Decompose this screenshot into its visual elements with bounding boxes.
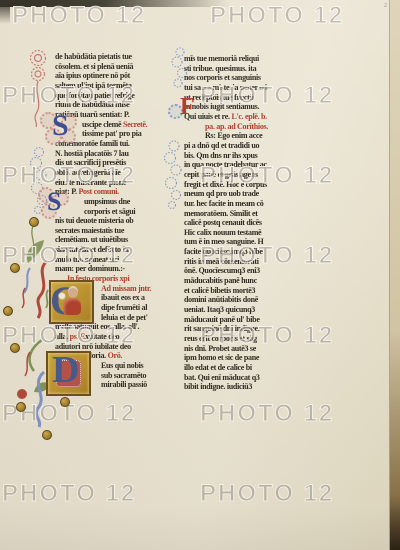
body-text: rium de habūdātia mise — [55, 100, 130, 109]
body-text: ueniat. Itaq3 quicunq3 — [184, 305, 255, 314]
manuscript-text-line: fregit et dixē. Hoc ē corpus — [184, 180, 298, 190]
body-text: in qua nocte tradebatur ac — [184, 160, 267, 169]
gold-dot — [16, 402, 26, 412]
manuscript-text-line: illo edat et de calice bi — [184, 363, 298, 373]
manuscript-text-line: ōnē. Quocīescumq3 eni3 — [184, 266, 298, 276]
initial-letter: D — [52, 348, 79, 392]
body-text: māducauit panē ul' bibe — [184, 315, 260, 324]
body-text: et calicē bibetis mortē3 — [184, 286, 255, 295]
manuscript-text-line: Rs: Ego enim acce — [184, 131, 298, 141]
manuscript-text-line: bis. Qm dns nr ihs xpus — [184, 151, 298, 161]
manuscript-text-line: bat. Qui enī māducat q3 — [184, 373, 298, 383]
body-text: mulo tuo opineat uci — [55, 255, 119, 264]
manuscript-text-line: cepit panē et grās agens — [184, 170, 298, 180]
manuscript-text-line: mulo tuo opineat uci — [55, 255, 169, 265]
body-text: nis dnī. Probet autē3 se — [184, 344, 256, 353]
photo12-watermark: PHOTO 12 — [200, 480, 334, 508]
body-text: sub sacramēto — [101, 371, 146, 380]
body-text: fregit et dixē. Hoc ē corpus — [184, 180, 267, 189]
manuscript-text-line: eius te miserante pione — [55, 178, 169, 188]
manuscript-text-line: que forsitan patiet refrige — [55, 91, 169, 101]
text-column-left: de habūdātia pietatis tuecōsolem. et si … — [55, 52, 169, 390]
rubric-text: Ad missam jntr. — [101, 284, 151, 293]
manuscript-text-line: umpsimus dne — [55, 197, 169, 207]
decorated-initial-d: D — [46, 351, 91, 396]
manuscript-text-line: et calicē bibetis mortē3 — [184, 286, 298, 296]
manuscript-text-line: N. hostiā placatōis 7 lau — [55, 149, 169, 159]
manuscript-text-line: ut redēptōis tue fructū — [184, 93, 298, 103]
manuscript-text-line: cōsolem. et si plenā ueniā — [55, 62, 169, 72]
body-text: aīa ipius optinere nō pōt — [55, 71, 130, 80]
body-text: saltem ul'int ipā tormēta — [55, 81, 132, 90]
body-text: corporis et sāgui — [84, 207, 135, 216]
page-top-left-corner — [0, 0, 10, 24]
body-text: bibit indigne. iudiciū3 — [184, 382, 252, 391]
manuscript-text-line: māducabitis panē hunc — [184, 276, 298, 286]
manuscript-text-line: nis tui deuote misteria ob — [55, 216, 169, 226]
rubric-text: Post comuni. — [78, 187, 118, 196]
manuscript-text-line: de habūdātia pietatis tue — [55, 52, 169, 62]
manuscript-text-line: sine tutella et defūcto fa — [55, 245, 169, 255]
body-text: rit sanguinē dnī indigne. — [184, 324, 260, 333]
body-text: uscipe clemē — [82, 120, 123, 129]
folio-mark: 2 — [384, 3, 388, 9]
body-text: leluia et de pet' — [101, 313, 148, 322]
body-text: tur. hec facite in meam cō — [184, 199, 263, 208]
manuscript-text-line: secrates maiestatis tue — [55, 226, 169, 236]
manuscript-text-line: tum ē in meo sanguine. H — [184, 237, 298, 247]
gold-dot — [42, 430, 52, 440]
decorated-initial-s2: S — [41, 187, 68, 219]
body-text: tum ē in meo sanguine. H — [184, 237, 263, 246]
historiated-initial-c: C — [49, 280, 94, 324]
manuscript-text-line: ritis in meā cōmemorati — [184, 257, 298, 267]
manuscript-text-line: māducauit panē ul' bibe — [184, 315, 298, 325]
manuscript-text-line: clemētiam. ut uiuētibus — [55, 235, 169, 245]
body-text: nos corporis et sanguinis — [184, 73, 261, 82]
manuscript-text-line: rit sanguinē dnī indigne. — [184, 324, 298, 334]
manuscript-text-line: mam: per dominum.:- — [55, 264, 169, 274]
body-text: cōsolem. et si plenā ueniā — [55, 62, 133, 71]
body-text: mirabili passiō — [101, 380, 147, 389]
gold-dot — [60, 397, 70, 407]
body-text: umpsimus dne — [84, 197, 130, 206]
manuscript-text-line: meum qd pro uob trade — [184, 189, 298, 199]
body-text: de habūdātia pietatis tue — [55, 52, 132, 61]
body-text: Eus qui nobis — [101, 361, 143, 370]
photo12-watermark: PHOTO 12 — [210, 2, 344, 30]
body-text: reus erit corporis et sāg — [184, 334, 257, 343]
body-text: bat. Qui enī māducat q3 — [184, 373, 260, 382]
manuscript-text-line: domini anūtiabitis donē — [184, 295, 298, 305]
rubric-text: L'c. eplē. b. — [231, 112, 266, 121]
gold-dot — [10, 343, 20, 353]
manuscript-text-line: pa. ap. ad Corīthios. — [184, 122, 298, 132]
manuscript-text-line: Qui uiuis et re. L'c. eplē. b. — [184, 112, 298, 122]
body-text: Rs: Ego enim acce — [205, 131, 262, 140]
body-text: facite quocīescumq3 bibe — [184, 247, 263, 256]
manuscript-text-line: rium de habūdātia mise — [55, 100, 169, 110]
body-text: pi a dnō qd et tradidi uo — [184, 141, 259, 150]
body-text: alla. — [55, 332, 70, 341]
body-text: domini anūtiabitis donē — [184, 295, 258, 304]
manuscript-text-line: reus erit corporis et sāg — [184, 334, 298, 344]
manuscript-text-line: memoratōem. Similit et — [184, 209, 298, 219]
gold-dot — [29, 217, 39, 227]
body-text: māducabitis panē hunc — [184, 276, 257, 285]
rubric-text: pa. ap. ad Corīthios. — [205, 122, 268, 131]
manuscript-text-line: ueniat. Itaq3 quicunq3 — [184, 305, 298, 315]
manuscript-text-line: ipm homo et sic de pane — [184, 353, 298, 363]
manuscript-text-line: pi a dnō qd et tradidi uo — [184, 141, 298, 151]
body-text: tui sacra misteria uenerari. — [184, 83, 268, 92]
initial-letter: F — [180, 94, 195, 121]
body-text: clemētiam. ut uiuētibus — [55, 235, 128, 244]
body-text: tissime pat' pro pia — [82, 129, 141, 138]
manuscript-text-line: dis ut sacrificij presētis — [55, 158, 169, 168]
body-text: meum qd pro uob trade — [184, 189, 259, 198]
manuscript-text-line: oblō. adrefrigeriū aīe — [55, 168, 169, 178]
rubric-text: Orō. — [108, 351, 123, 360]
body-text: sti tribue. quesimus. ita — [184, 64, 256, 73]
body-text: N. hostiā placatōis 7 lau — [55, 149, 129, 158]
body-text: Hic calix nouum testamē — [184, 228, 261, 237]
body-text: ōnē. Quocīescumq3 eni3 — [184, 266, 260, 275]
manuscript-text-line: corporis et sāgui — [55, 207, 169, 217]
manuscript-text-line: tui sacra misteria uenerari. — [184, 83, 298, 93]
page-top-edge — [0, 0, 230, 7]
manuscript-text-line: in qua nocte tradebatur ac — [184, 160, 298, 170]
photo12-watermark: PHOTO 12 — [2, 480, 136, 508]
body-text: oblō. adrefrigeriū aīe — [55, 168, 120, 177]
body-text: ritis in meā cōmemorati — [184, 257, 259, 266]
manuscript-text-line: aīa ipius optinere nō pōt — [55, 71, 169, 81]
body-text: ibauit eos ex a — [101, 293, 145, 302]
body-text: eius te miserante pione — [55, 178, 126, 187]
body-text: calicē postq cenauit dicēs — [184, 218, 262, 227]
body-text: secrates maiestatis tue — [55, 226, 124, 235]
manuscript-text-line: Hic calix nouum testamē — [184, 228, 298, 238]
gold-dot — [3, 306, 13, 316]
gold-dot — [10, 263, 20, 273]
body-text: memoratōem. Similit et — [184, 209, 258, 218]
page-fore-edge — [390, 0, 400, 550]
body-text: xultate deo — [85, 332, 119, 341]
manuscript-text-line: bibit indigne. iudiciū3 — [184, 382, 298, 392]
manuscript-text-line: alla. ps. Exultate deo — [55, 332, 169, 342]
manuscript-text-line: nos corporis et sanguinis — [184, 73, 298, 83]
page-crease-line — [389, 0, 390, 550]
text-column-right: mīs tue memoriā reliquisti tribue. quesi… — [184, 54, 298, 392]
manuscript-text-line: in nobis iugit sentiamus. — [184, 102, 298, 112]
manuscript-page: de habūdātia pietatis tuecōsolem. et si … — [0, 0, 400, 550]
manuscript-text-line: calicē postq cenauit dicēs — [184, 218, 298, 228]
priest-figure-head — [68, 288, 78, 298]
initial-letter: S — [47, 186, 61, 218]
priest-figure-robe — [63, 298, 81, 315]
body-text: dis ut sacrificij presētis — [55, 158, 126, 167]
body-text: sine tutella et defūcto fa — [55, 245, 129, 254]
rubric-text: ps. E — [70, 332, 85, 341]
initial-letter: S — [52, 109, 69, 143]
body-text: illo edat et de calice bi — [184, 363, 252, 372]
rubric-text: Secretē. — [123, 120, 147, 129]
photo12-watermark: PHOTO 12 — [200, 400, 334, 428]
decorated-initial-s1: S — [43, 111, 77, 145]
body-text: bis. Qm dns nr ihs xpus — [184, 151, 257, 160]
manuscript-text-line: mīs tue memoriā reliqui — [184, 54, 298, 64]
body-text: que forsitan patiet refrige — [55, 91, 135, 100]
manuscript-text-line: saltem ul'int ipā tormēta — [55, 81, 169, 91]
body-text: mam: per dominum.:- — [55, 264, 125, 273]
body-text: cepit panē et grās agens — [184, 170, 258, 179]
manuscript-text-line: nis dnī. Probet autē3 se — [184, 344, 298, 354]
body-text: mīs tue memoriā reliqui — [184, 54, 259, 63]
eucharist-host — [58, 292, 66, 300]
manuscript-text-line: facite quocīescumq3 bibe — [184, 247, 298, 257]
manuscript-text-line: sti tribue. quesimus. ita — [184, 64, 298, 74]
body-text: dipe frumēti al — [101, 303, 147, 312]
gold-ball-stem — [32, 226, 34, 251]
decorated-initial-f: F — [175, 96, 197, 124]
manuscript-text-line: tur. hec facite in meam cō — [184, 199, 298, 209]
foliate-spray-upper — [22, 240, 48, 318]
manuscript-text-line: niat: P. Post comuni. — [55, 187, 169, 197]
body-text: ipm homo et sic de pane — [184, 353, 259, 362]
